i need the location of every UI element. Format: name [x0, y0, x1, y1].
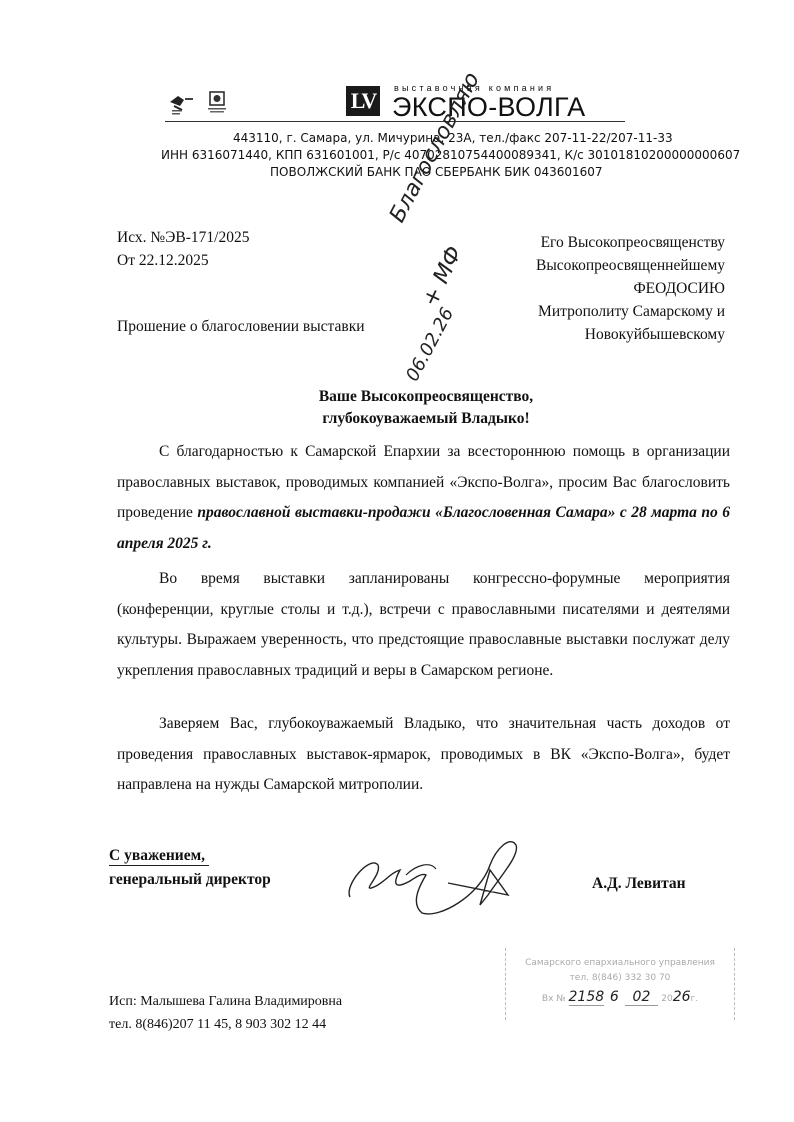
- stamp-month: 02: [625, 989, 659, 1006]
- resolution-date: 06.02.26: [402, 304, 458, 385]
- addressee-line: Высокопреосвященнейшему: [536, 257, 725, 275]
- addressee-line: Митрополиту Самарскому и: [538, 303, 725, 321]
- paragraph-1: С благодарностью к Самарской Епархии за …: [117, 437, 730, 559]
- incoming-registration-stamp: Самарского епархиального управления тел.…: [505, 948, 735, 1020]
- stamp-number: 2158: [569, 989, 605, 1006]
- company-bank-details: ИНН 6316071440, КПП 631601001, Р/с 40702…: [161, 148, 740, 162]
- outgoing-number: Исх. №ЭВ-171/2025: [117, 229, 249, 247]
- executor-phone: тел. 8(846)207 11 45, 8 903 302 12 44: [109, 1017, 326, 1033]
- signature-icon: [340, 825, 570, 920]
- company-name: ЭКСПО-ВОЛГА: [392, 92, 585, 123]
- salutation-line: Ваше Высокопреосвященство,: [0, 388, 794, 406]
- letter-subject: Прошение о благословении выставки: [117, 318, 365, 336]
- signer-name: А.Д. Левитан: [592, 875, 686, 893]
- header-divider: [165, 121, 625, 122]
- stamp-line: Самарского епархиального управления: [506, 956, 734, 971]
- paragraph-3: Заверяем Вас, глубокоуважаемый Владыко, …: [117, 709, 730, 801]
- resolution-initials: + МФ: [418, 243, 467, 311]
- partner-logo-2-icon: [204, 90, 232, 114]
- outgoing-date: От 22.12.2025: [117, 252, 209, 270]
- stamp-day: 6: [610, 989, 619, 1005]
- addressee-line: Его Высокопреосвященству: [541, 234, 725, 252]
- stamp-year-prefix: 20: [661, 994, 672, 1004]
- closing: С уважением,: [109, 847, 209, 866]
- paragraph-2: Во время выставки запланированы конгресс…: [117, 564, 730, 686]
- addressee-name: ФЕОДОСИЮ: [633, 280, 725, 298]
- executor-name: Исп: Малышева Галина Владимировна: [109, 994, 342, 1010]
- partner-logo-1-icon: [168, 92, 196, 116]
- salutation-line: глубокоуважаемый Владыко!: [0, 410, 794, 428]
- stamp-year-suffix: г.: [691, 994, 699, 1004]
- stamp-year: 26: [673, 989, 691, 1005]
- addressee-line: Новокуйбышевскому: [585, 326, 725, 344]
- exhibition-title: православной выставки-продажи «Благослов…: [117, 504, 730, 552]
- company-logo-mark: LV: [346, 86, 380, 116]
- stamp-number-label: Вх №: [542, 994, 566, 1004]
- stamp-line: тел. 8(846) 332 30 70: [506, 971, 734, 986]
- signer-position: генеральный директор: [109, 871, 271, 889]
